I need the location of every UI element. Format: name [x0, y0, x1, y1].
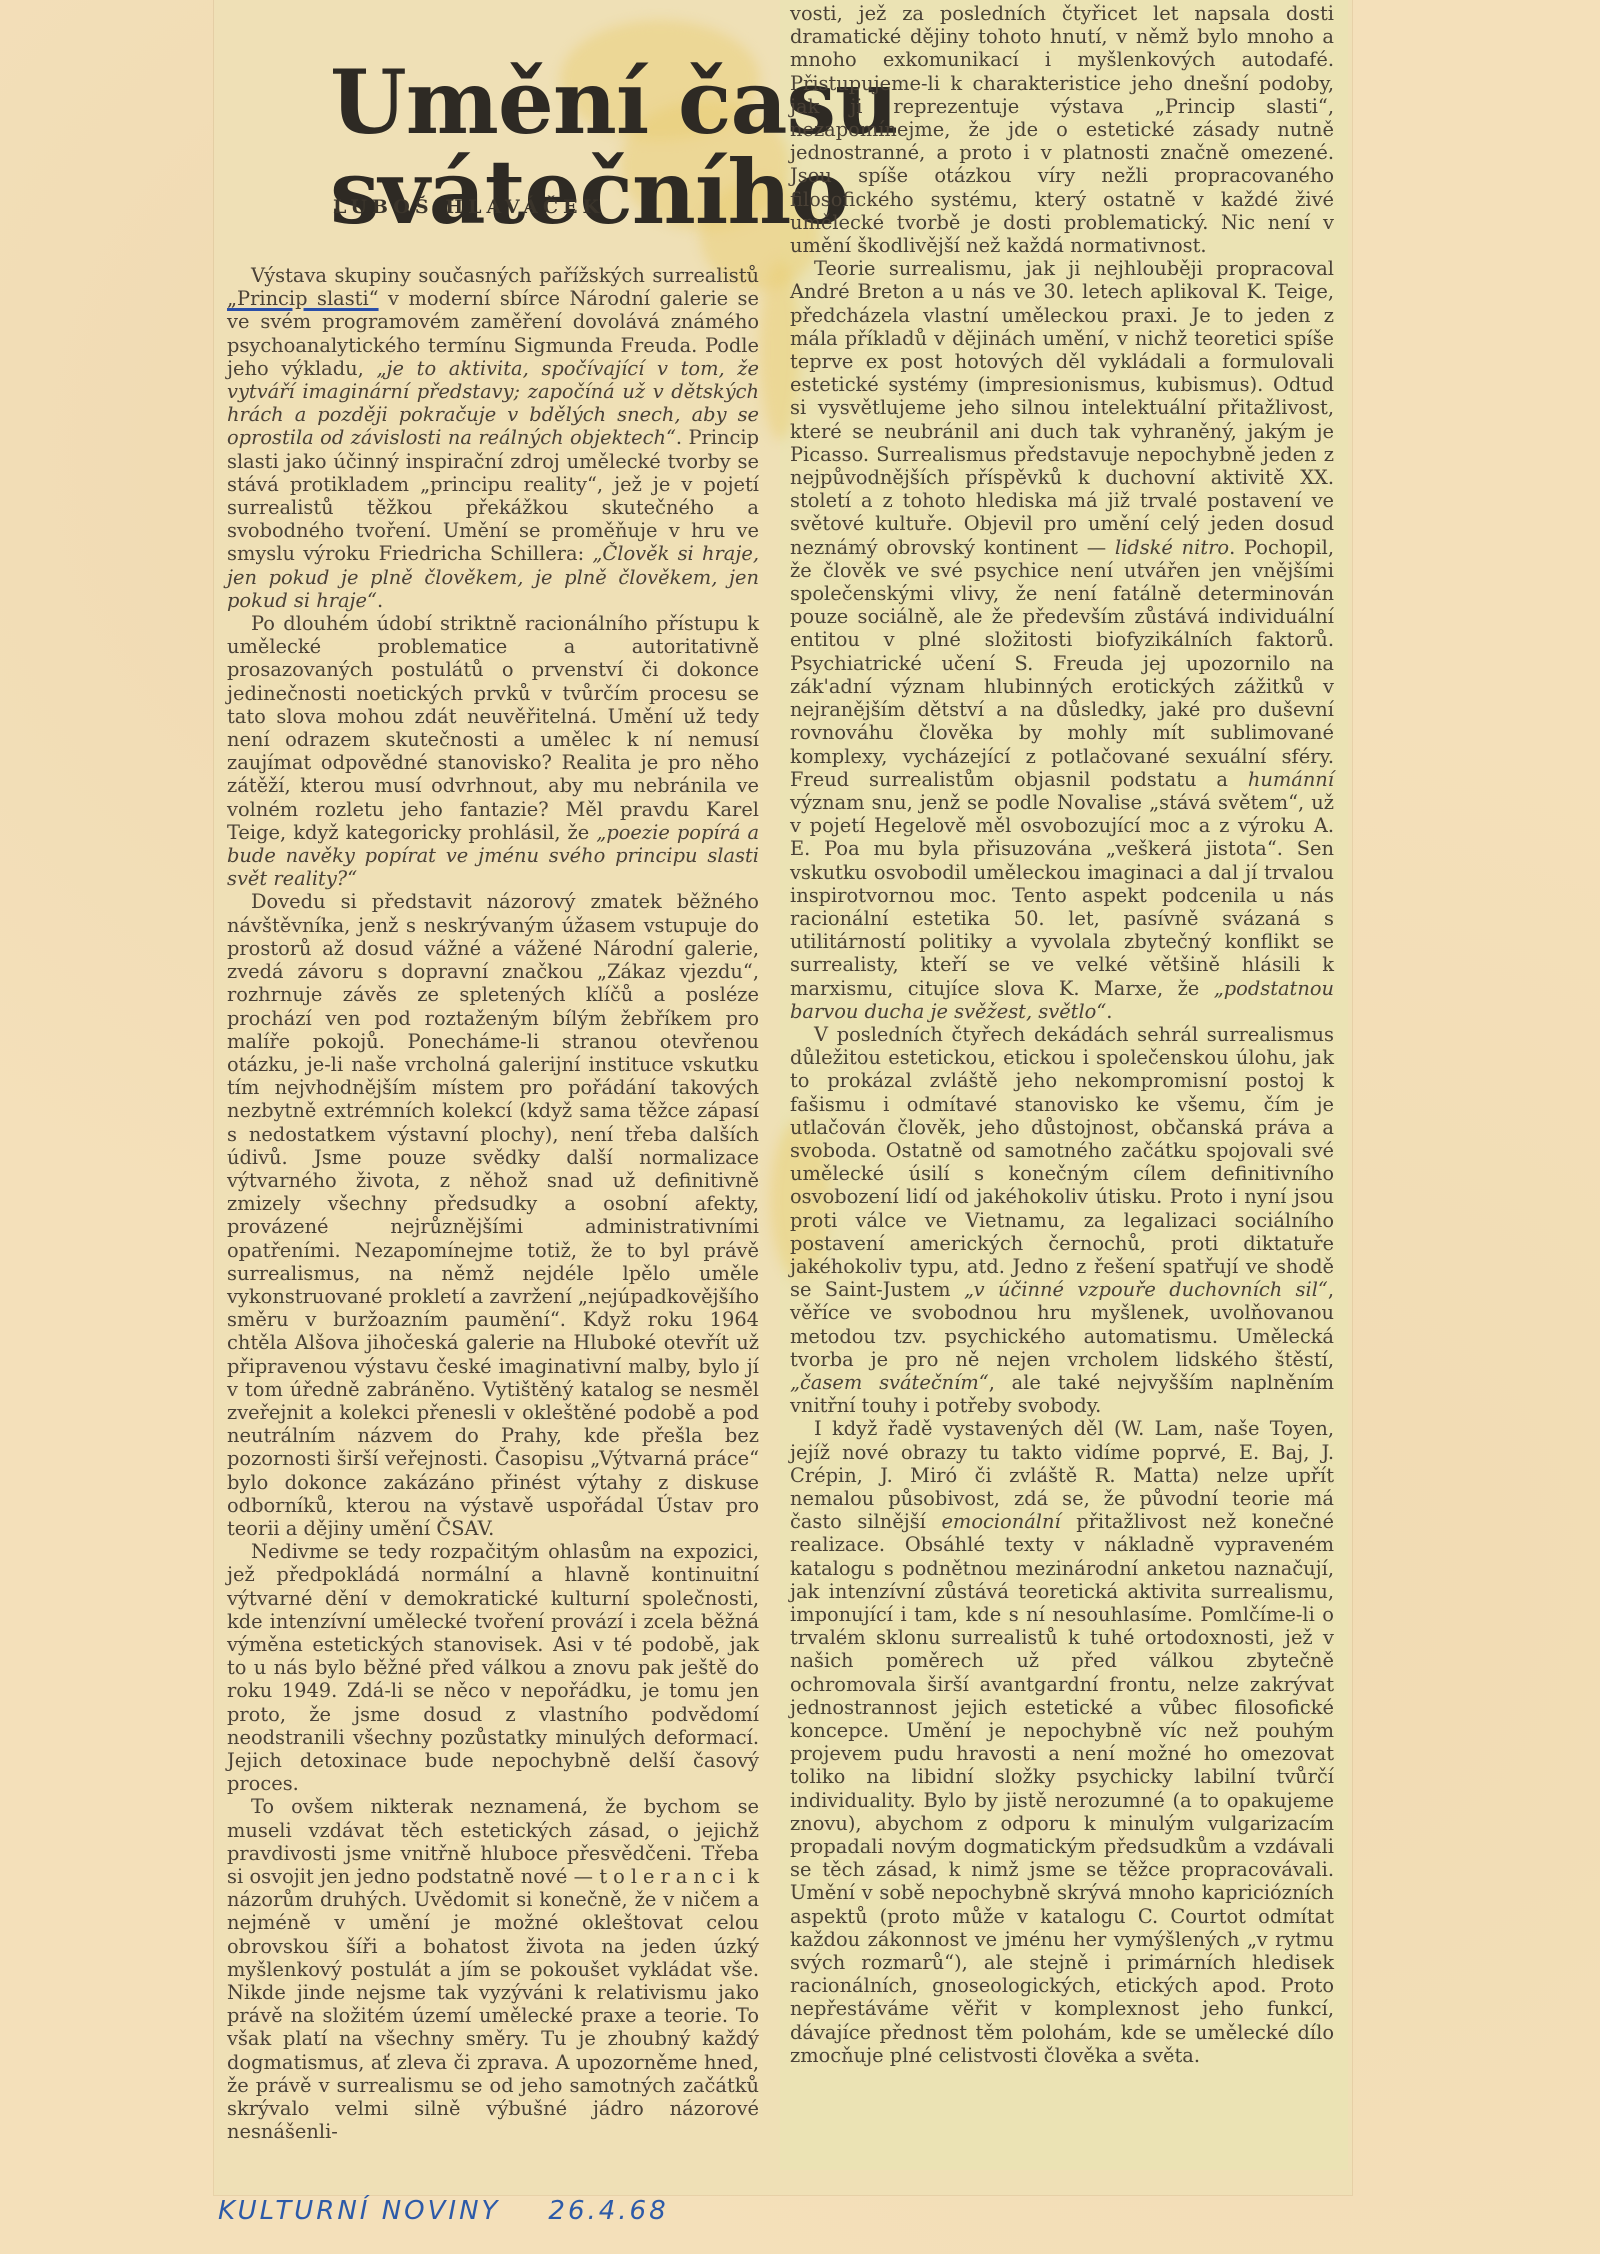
paragraph: V posledních čtyřech dekádách sehrál sur… — [790, 1023, 1334, 1417]
underlined-exhibition-title: „Princip slasti“ — [227, 287, 379, 310]
emphasized-phrase: lidské nitro — [1115, 536, 1229, 559]
emphasized-word: toleranci — [599, 1865, 741, 1888]
paragraph: Po dlouhém údobí striktně racionálního p… — [227, 612, 759, 890]
text-run: . Pochopil, že člověk ve své psychice ne… — [790, 536, 1334, 791]
author-byline: LUBOŠ HLAVÁČEK — [333, 196, 604, 218]
text-run: význam snu, jenž se podle Novalise „stáv… — [790, 791, 1334, 1000]
text-run: . — [1106, 1000, 1112, 1023]
text-run: V posledních čtyřech dekádách sehrál sur… — [790, 1023, 1334, 1301]
headline-line-1: Umění času — [330, 57, 790, 147]
text-run: Teorie surrealismu, jak ji nejhlouběji p… — [790, 257, 1334, 558]
right-column: vosti, jež za posledních čtyřicet let na… — [790, 2, 1334, 2067]
emphasized-word: humánní — [1248, 768, 1334, 791]
paragraph: Výstava skupiny současných pařížských su… — [227, 264, 759, 612]
title-quote: „časem svátečním“ — [790, 1371, 989, 1394]
emphasized-word: emocionální — [941, 1510, 1060, 1533]
handwritten-source-note: KULTURNÍ NOVINY26.4.68 — [218, 2196, 669, 2226]
text-run: Po dlouhém údobí striktně racionálního p… — [227, 612, 759, 844]
paragraph: Nedivme se tedy rozpačitým ohlasům na ex… — [227, 1540, 759, 1795]
paragraph: I když řadě vystavených děl (W. Lam, naš… — [790, 1417, 1334, 2067]
handwritten-date: 26.4.68 — [548, 2196, 668, 2226]
text-run: k názorům druhých. Uvědomit si konečně, … — [227, 1865, 759, 2143]
text-run: . — [377, 589, 383, 612]
paragraph: To ovšem nikterak neznamená, že bychom s… — [227, 1795, 759, 2143]
text-run: Výstava skupiny současných pařížských su… — [251, 264, 759, 287]
paragraph: Teorie surrealismu, jak ji nejhlouběji p… — [790, 257, 1334, 1023]
left-column: Výstava skupiny současných pařížských su… — [227, 264, 759, 2143]
headline-line-2: svátečního — [330, 147, 790, 237]
handwritten-publication: KULTURNÍ NOVINY — [218, 2196, 500, 2226]
text-run: přitažlivost než konečné realizace. Obsá… — [790, 1510, 1334, 2067]
saint-just-quote: „v účinné vzpouře duchovních sil“ — [964, 1278, 1328, 1301]
paragraph: Dovedu si představit názorový zmatek běž… — [227, 890, 759, 1540]
paragraph: vosti, jež za posledních čtyřicet let na… — [790, 2, 1334, 257]
